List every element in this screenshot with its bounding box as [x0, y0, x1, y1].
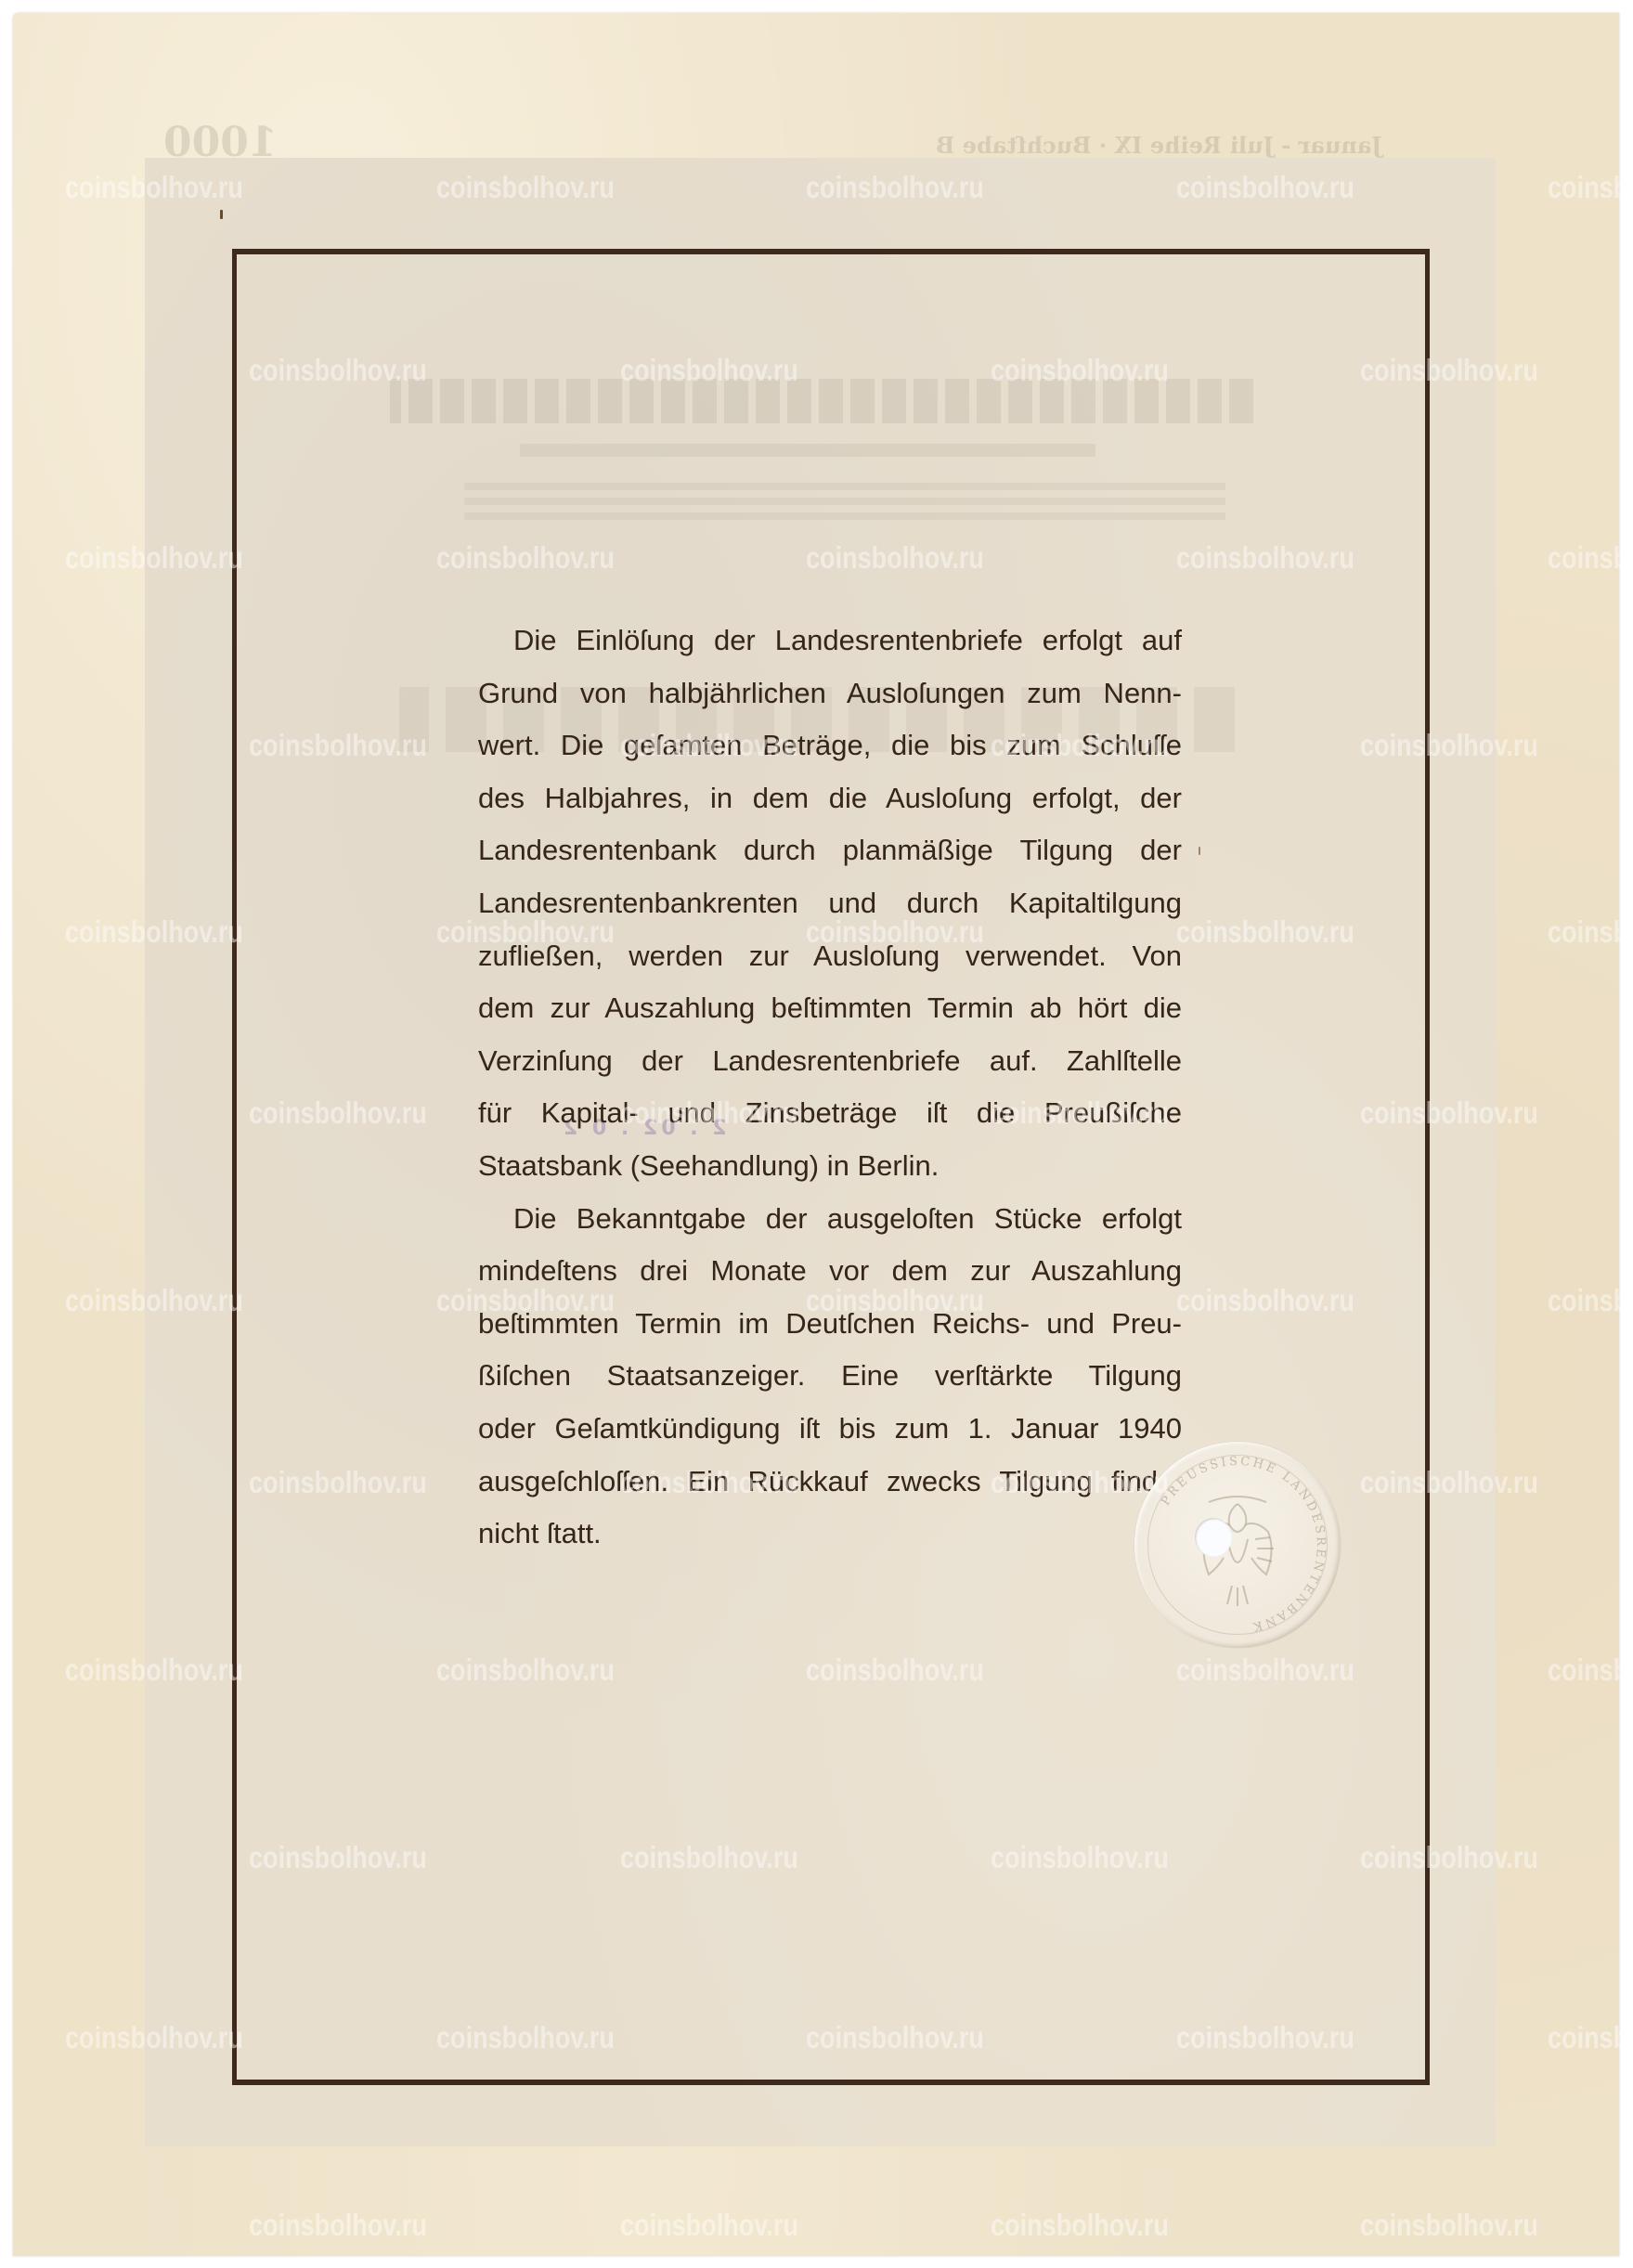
text-line: nicht ſtatt.	[478, 1508, 1182, 1561]
text-line: für Kapital- und Zinsbeträge iſt die Pre…	[478, 1087, 1182, 1140]
text-line: wert. Die geſamten Beträge, die bis zum …	[478, 719, 1182, 772]
text-line: Die Einlöſung der Landesrentenbriefe erf…	[478, 615, 1182, 667]
paragraph-announcement: Die Bekanntgabe der ausgeloſten Stücke e…	[478, 1193, 1182, 1561]
punch-hole	[1195, 1518, 1232, 1557]
paragraph-redemption: Die Einlöſung der Landesrentenbriefe erf…	[478, 615, 1182, 1193]
embossed-seal: PREUSSISCHE LANDESRENTENBANK	[1134, 1442, 1341, 1648]
text-line: Grund von halbjährlichen Ausloſungen zum…	[478, 667, 1182, 720]
ink-speck	[1199, 847, 1200, 855]
text-line: des Halbjahres, in dem die Ausloſung erf…	[478, 772, 1182, 825]
text-line: Verzinſung der Landesrentenbriefe auf. Z…	[478, 1035, 1182, 1088]
text-line: mindeſtens drei Monate vor dem zur Ausza…	[478, 1245, 1182, 1298]
ink-speck	[220, 210, 223, 219]
text-line: Landesrentenbankrenten und durch Kapital…	[478, 877, 1182, 930]
text-line: dem zur Auszahlung beſtimmten Termin ab …	[478, 982, 1182, 1035]
document-body: Die Einlöſung der Landesrentenbriefe erf…	[478, 615, 1182, 1561]
text-line: Landesrentenbank durch planmäßige Tilgun…	[478, 824, 1182, 877]
text-line: ausgeſchloſſen. Ein Rückkauf zwecks Tilg…	[478, 1456, 1182, 1509]
text-line: zufließen, werden zur Ausloſung verwende…	[478, 930, 1182, 983]
document-scan: 1000 Reihe IX · Buchſtabe B Januar - Jul…	[0, 0, 1633, 2268]
text-line: Staatsbank (Seehandlung) in Berlin.	[478, 1140, 1182, 1193]
text-line: Die Bekanntgabe der ausgeloſten Stücke e…	[478, 1193, 1182, 1246]
text-line: beſtimmten Termin im Deutſchen Reichs- u…	[478, 1298, 1182, 1351]
text-line: oder Geſamtkündigung iſt bis zum 1. Janu…	[478, 1403, 1182, 1456]
text-line: ßiſchen Staatsanzeiger. Eine verſtärkte …	[478, 1350, 1182, 1403]
